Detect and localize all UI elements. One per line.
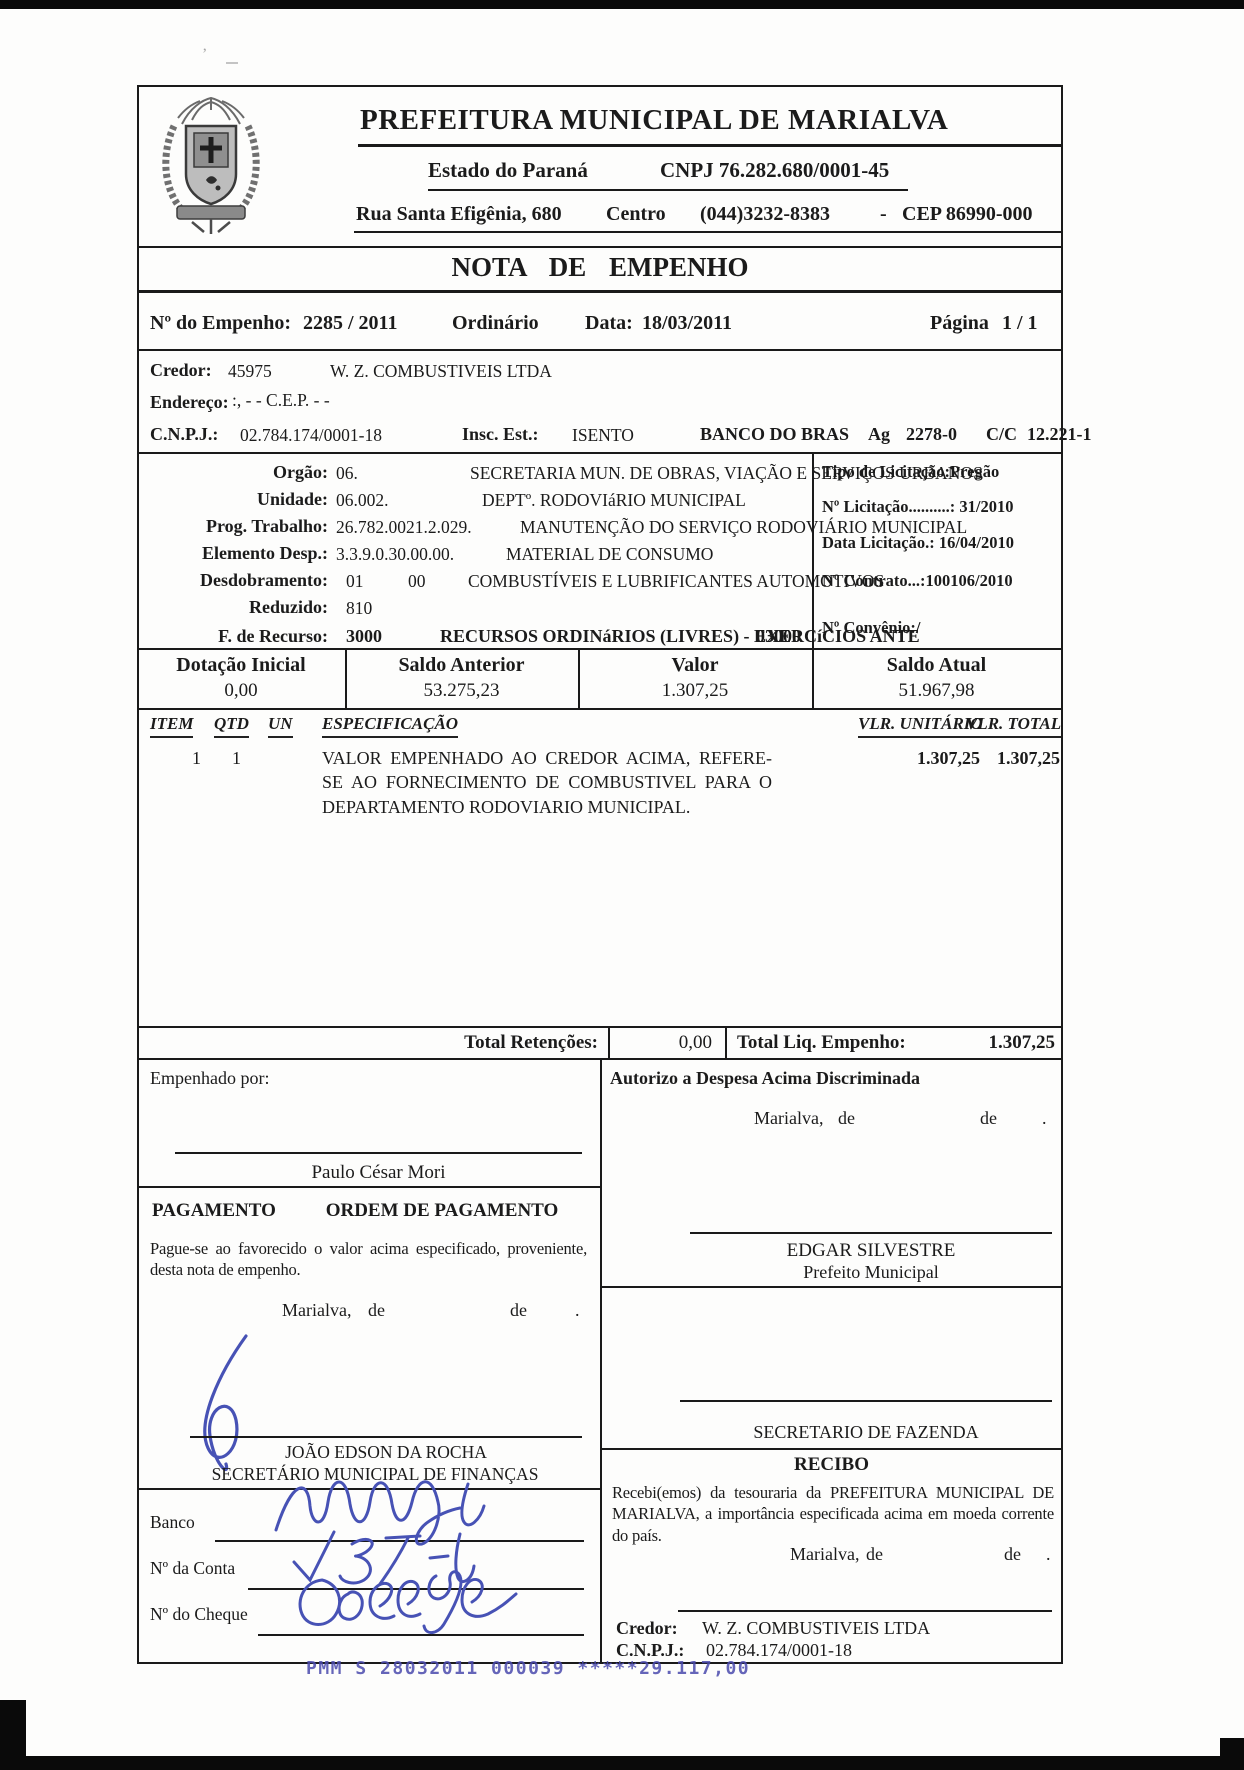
- fazenda-signature-line: [680, 1400, 1052, 1402]
- elemento-desp-desc: MATERIAL DE CONSUMO: [506, 544, 713, 565]
- reduzido-label: Reduzido:: [140, 597, 328, 618]
- recibo-date-de1: de: [866, 1544, 883, 1565]
- orgao-code: 06.: [336, 463, 358, 484]
- band-bottom-line: [137, 290, 1063, 293]
- pagamento-date-de2: de: [510, 1300, 527, 1321]
- form-border-left: [137, 85, 139, 1664]
- conta-label: Nº da Conta: [150, 1558, 235, 1579]
- saldo-atual-label: Saldo Atual: [812, 654, 1061, 677]
- fazenda-section-divider: [600, 1286, 1063, 1288]
- col-header-qtd: QTD: [214, 714, 249, 738]
- pagamento-section-divider: [137, 1186, 600, 1188]
- pagamento-date-dot: .: [575, 1300, 580, 1321]
- recibo-section-divider: [600, 1448, 1063, 1450]
- conta-corrente-label: C/C: [986, 424, 1017, 445]
- licitacao-convenio: Nº Convênio:/: [822, 618, 921, 638]
- pagamento-date-city: Marialva,: [282, 1300, 351, 1321]
- licitacao-tipo: Tipo de Licitação:Pregão: [822, 462, 999, 482]
- unidade-code: 06.002.: [336, 490, 389, 511]
- total-liq-empenho-label: Total Liq. Empenho:: [737, 1032, 906, 1054]
- scan-edge-bottom: [0, 1756, 1244, 1770]
- empenho-number-value: 2285 / 2011: [303, 312, 397, 335]
- empenhado-signer-name: Paulo César Mori: [175, 1162, 582, 1184]
- band-top-line: [137, 246, 1063, 248]
- prefeito-name: EDGAR SILVESTRE: [690, 1240, 1052, 1262]
- fazenda-role: SECRETARIO DE FAZENDA: [680, 1422, 1052, 1443]
- fonte-recurso-extra: 03000: [756, 626, 801, 647]
- desdobramento-code1: 01: [346, 571, 364, 592]
- col-header-vlr-unitario: VLR. UNITÁRIO: [858, 714, 983, 738]
- fonte-recurso-label: F. de Recurso:: [140, 626, 328, 647]
- scan-speck-dash: [226, 62, 238, 64]
- empenhado-por-label: Empenhado por:: [150, 1068, 269, 1089]
- autorizo-date-dot: .: [1042, 1108, 1047, 1129]
- saldo-atual-value: 51.967,98: [812, 680, 1061, 702]
- recibo-credor-value: W. Z. COMBUSTIVEIS LTDA: [702, 1618, 930, 1639]
- pagamento-label: PAGAMENTO: [152, 1200, 276, 1222]
- page-number-value: 1 / 1: [1002, 312, 1038, 335]
- licitacao-data: Data Licitação.: 16/04/2010: [822, 533, 1014, 553]
- empenho-date-value: 18/03/2011: [642, 312, 732, 335]
- total-retencoes-value: 0,00: [612, 1032, 712, 1054]
- empenho-row-divider: [137, 349, 1063, 351]
- scan-edge-top: [0, 0, 1244, 9]
- state-label: Estado do Paraná: [428, 158, 588, 183]
- autorizo-date-de1: de: [838, 1108, 855, 1129]
- cnpj-value: 02.784.174/0001-18: [240, 425, 382, 446]
- header-district: Centro: [606, 203, 666, 226]
- autorizo-date-city: Marialva,: [754, 1108, 823, 1129]
- financas-signature-line: [190, 1436, 582, 1438]
- form-border-right: [1061, 85, 1063, 1664]
- agencia-value: 2278-0: [906, 424, 957, 445]
- item-row-description: VALOR EMPENHADO AO CREDOR ACIMA, REFERE-…: [322, 746, 772, 819]
- licitacao-column-divider: [812, 452, 814, 648]
- prefeito-role: Prefeito Municipal: [690, 1262, 1052, 1283]
- prefeito-signature-line: [690, 1232, 1052, 1234]
- pagamento-date-de1: de: [368, 1300, 385, 1321]
- scanned-page: ’ PREFEITURA MUNICIPAL DE MARIALVA Estad…: [0, 0, 1244, 1770]
- col-header-vlr-total: VLR. TOTAL: [966, 714, 1061, 738]
- prog-trabalho-code: 26.782.0021.2.029.: [336, 517, 472, 538]
- desdobramento-code2: 00: [408, 571, 426, 592]
- form-border-top: [137, 85, 1063, 87]
- empenho-type: Ordinário: [452, 312, 539, 335]
- endereco-label: Endereço:: [150, 392, 229, 413]
- ordem-pagamento-label: ORDEM DE PAGAMENTO: [292, 1200, 592, 1222]
- item-row-number: 1: [192, 748, 201, 769]
- elemento-desp-label: Elemento Desp.:: [140, 543, 328, 564]
- licitacao-contrato: Nº Contrato...:100106/2010: [822, 571, 1013, 591]
- dot-matrix-stamp: PMM S 28032011 000039 *****29.117,00: [306, 1658, 750, 1679]
- state-cnpj-underline: [428, 189, 908, 191]
- valor-value: 1.307,25: [578, 680, 812, 702]
- scan-edge-bottom-right: [1220, 1738, 1244, 1770]
- pague-se-text: Pague-se ao favorecido o valor acima esp…: [150, 1238, 587, 1281]
- empenhado-signature-line: [175, 1152, 582, 1154]
- unidade-desc: DEPTº. RODOVIáRIO MUNICIPAL: [482, 490, 746, 511]
- credor-name: W. Z. COMBUSTIVEIS LTDA: [330, 361, 552, 382]
- recibo-date-dot: .: [1046, 1544, 1051, 1565]
- org-name-underline: [358, 144, 1062, 147]
- valor-label: Valor: [578, 654, 812, 677]
- prog-trabalho-label: Prog. Trabalho:: [140, 516, 328, 537]
- municipal-coat-of-arms-logo: [152, 96, 270, 238]
- recibo-credor-label: Credor:: [616, 1618, 678, 1639]
- endereco-value: :, - - C.E.P. - -: [232, 390, 330, 411]
- credor-code: 45975: [228, 361, 272, 382]
- col-header-especificacao: ESPECIFICAÇÃO: [322, 714, 458, 738]
- scan-edge-bottom-left: [0, 1700, 26, 1770]
- empenho-number-label: Nº do Empenho:: [150, 312, 291, 335]
- saldos-bottom-border: [137, 708, 1063, 710]
- totals-top-border: [137, 1026, 1063, 1028]
- recibo-date-city: Marialva,: [790, 1544, 859, 1565]
- header-cnpj: CNPJ 76.282.680/0001-45: [660, 158, 889, 183]
- footer-center-divider: [600, 1058, 602, 1664]
- unidade-label: Unidade:: [140, 489, 328, 510]
- handwritten-cheque-entry: [292, 1554, 548, 1642]
- col-header-item: ITEM: [150, 714, 193, 738]
- col-header-un: UN: [268, 714, 293, 738]
- autorizo-date-de2: de: [980, 1108, 997, 1129]
- credor-label: Credor:: [150, 360, 212, 381]
- insc-est-label: Insc. Est.:: [462, 424, 539, 445]
- saldos-top-border: [137, 648, 1063, 650]
- total-retencoes-label: Total Retenções:: [380, 1032, 598, 1054]
- org-name-title: PREFEITURA MUNICIPAL DE MARIALVA: [360, 104, 948, 137]
- dotacao-inicial-label: Dotação Inicial: [137, 654, 345, 677]
- reduzido-code: 810: [346, 598, 372, 619]
- dotacao-inicial-value: 0,00: [137, 680, 345, 702]
- cnpj-label: C.N.P.J.:: [150, 424, 218, 445]
- item-row-total-value: 1.307,25: [940, 748, 1060, 769]
- banco-name: BANCO DO BRAS: [700, 424, 849, 445]
- fonte-recurso-code: 3000: [346, 626, 382, 647]
- header-dash: -: [880, 203, 887, 226]
- elemento-desp-code: 3.3.9.0.30.00.00.: [336, 544, 454, 565]
- recibo-title: RECIBO: [600, 1454, 1063, 1476]
- scan-speck-apostrophe: ’: [202, 46, 207, 64]
- empenho-date-label: Data:: [585, 312, 633, 335]
- recibo-credor-line: [678, 1610, 1052, 1612]
- licitacao-numero: Nº Licitação..........: 31/2010: [822, 497, 1014, 517]
- header-phone: (044)3232-8383: [700, 203, 830, 226]
- saldo-anterior-value: 53.275,23: [345, 680, 578, 702]
- totals-divider-2: [725, 1026, 727, 1060]
- page-number-label: Página: [930, 312, 989, 335]
- recibo-text: Recebi(emos) da tesouraria da PREFEITURA…: [612, 1482, 1054, 1546]
- insc-est-value: ISENTO: [572, 425, 634, 446]
- conta-corrente-value: 12.221-1: [1027, 424, 1092, 445]
- autorizo-text: Autorizo a Despesa Acima Discriminada: [610, 1068, 920, 1089]
- cheque-label: Nº do Cheque: [150, 1604, 248, 1625]
- banco-label: Banco: [150, 1512, 195, 1533]
- item-row-qty: 1: [232, 748, 241, 769]
- doc-title: NOTA DE EMPENHO: [137, 252, 1063, 283]
- agencia-label: Ag: [868, 424, 890, 445]
- orgao-label: Orgão:: [140, 462, 328, 483]
- header-cep: CEP 86990-000: [902, 203, 1033, 226]
- desdobramento-label: Desdobramento:: [140, 570, 328, 591]
- saldo-anterior-label: Saldo Anterior: [345, 654, 578, 677]
- credor-block-divider: [137, 452, 1063, 454]
- header-street: Rua Santa Efigênia, 680: [356, 203, 562, 226]
- address-underline: [354, 231, 1062, 233]
- total-liq-empenho-value: 1.307,25: [930, 1032, 1055, 1054]
- recibo-date-de2: de: [1004, 1544, 1021, 1565]
- totals-divider-1: [608, 1026, 610, 1060]
